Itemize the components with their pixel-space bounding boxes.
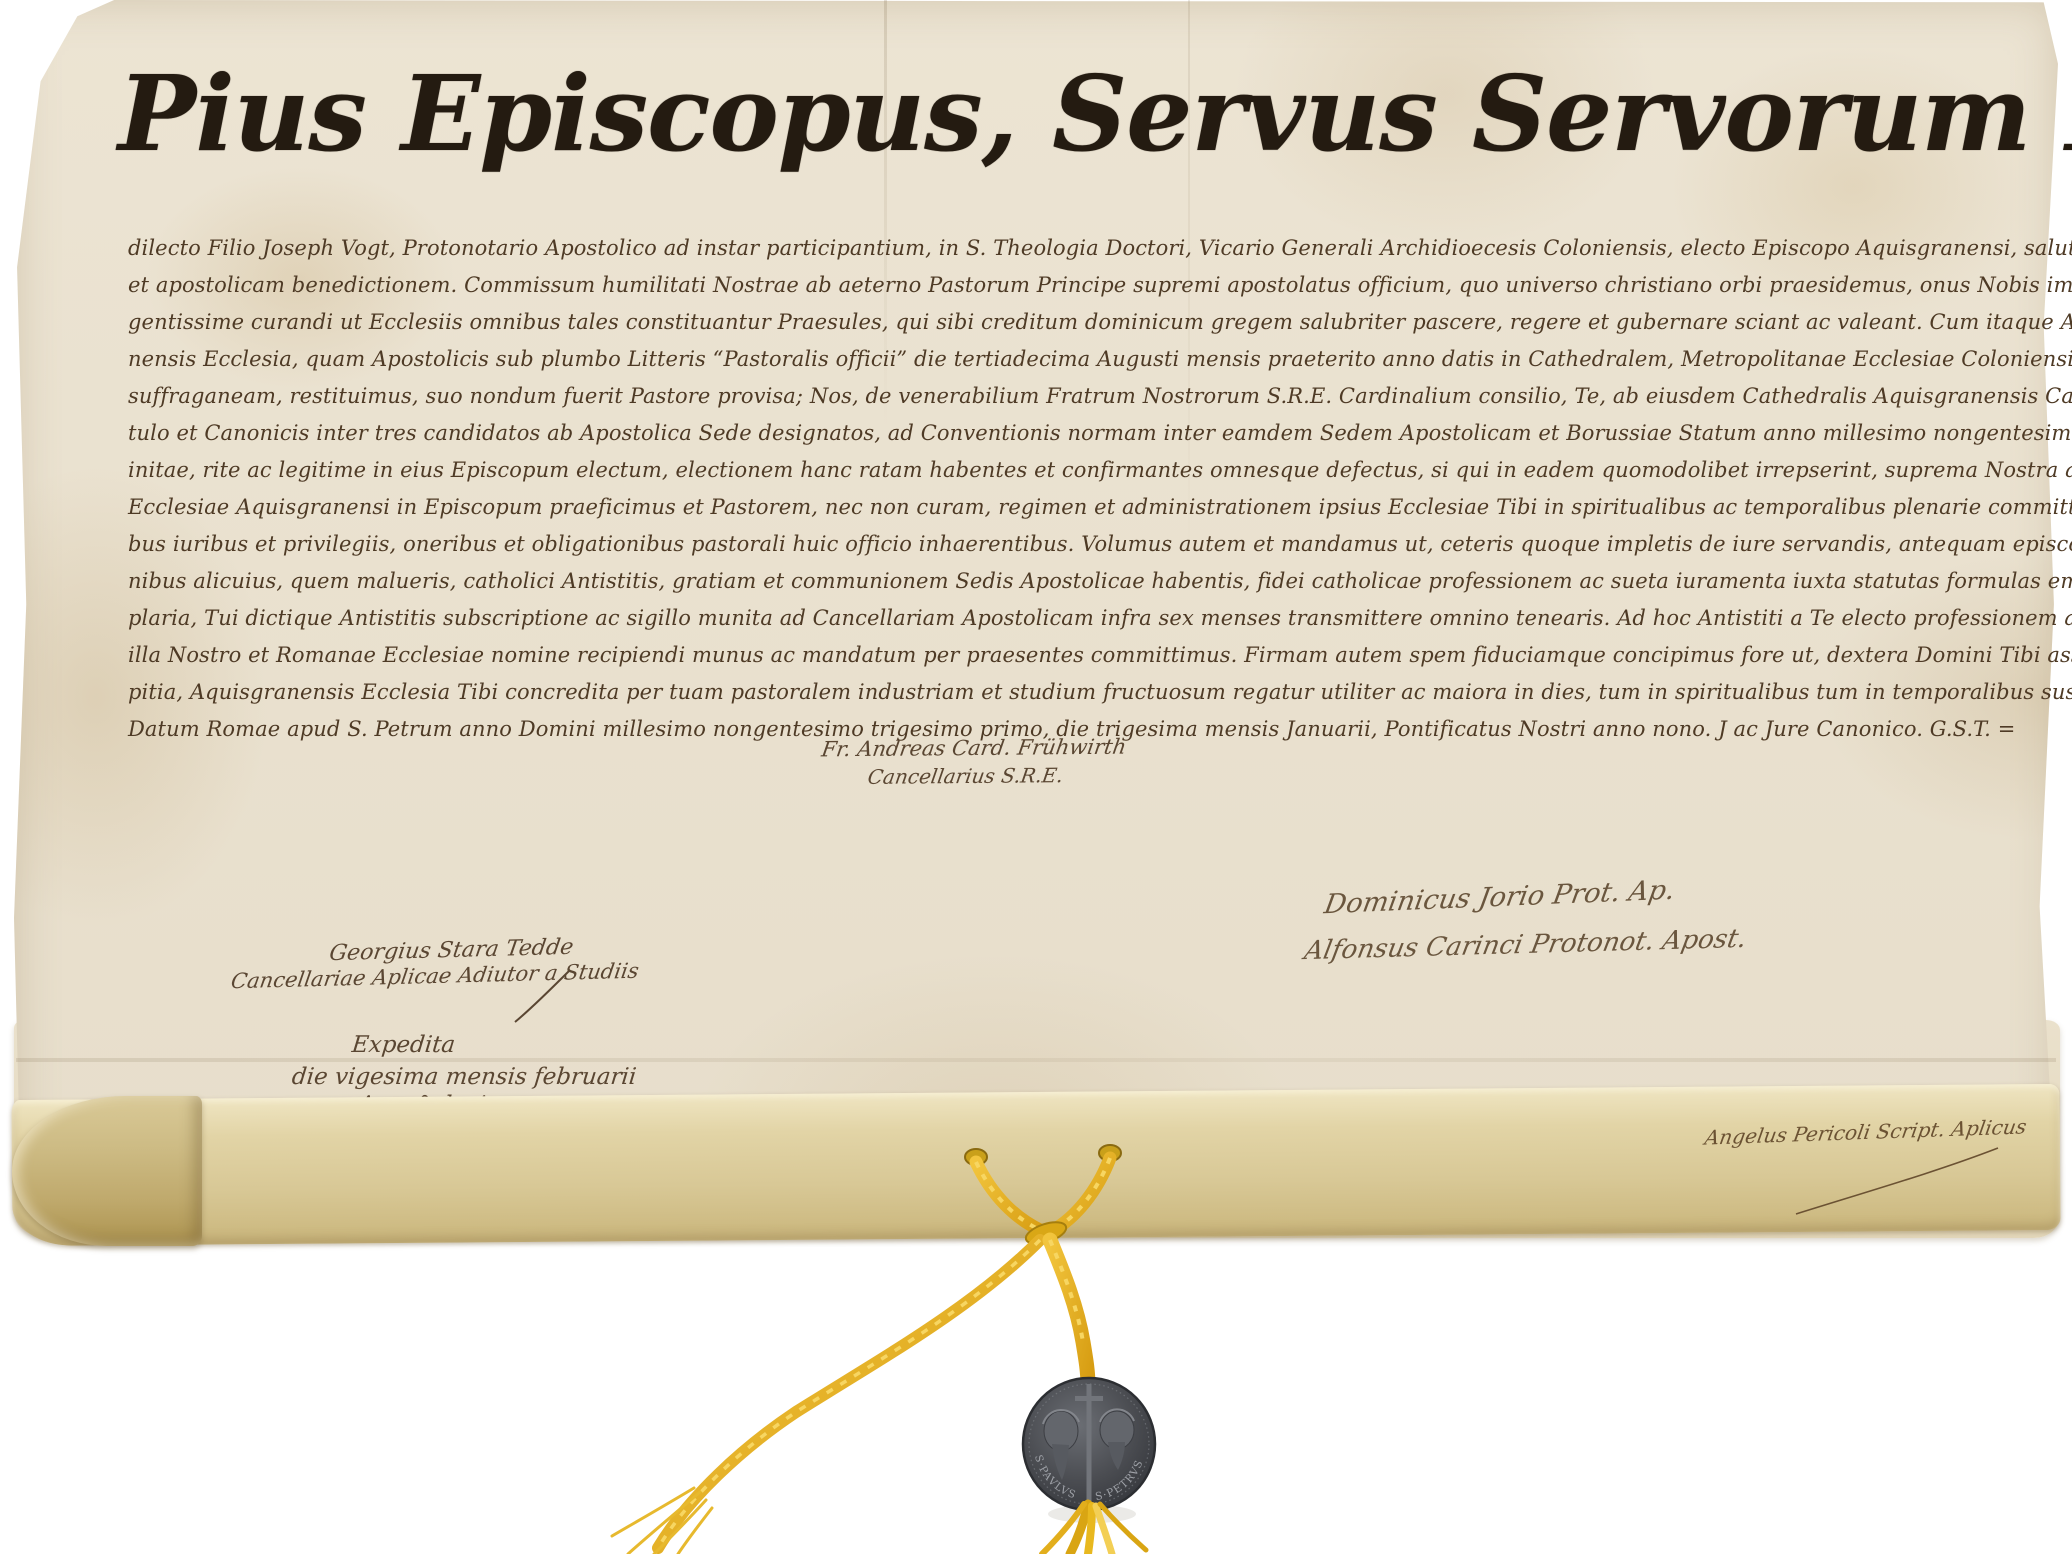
saint-paul-head-icon	[1043, 1410, 1079, 1480]
seal-label-petrus: S·PETRVS	[1094, 1458, 1146, 1503]
cord-frayed-end	[612, 1488, 712, 1554]
body-text-line: gentissime curandi ut Ecclesiis omnibus …	[128, 304, 1960, 341]
body-text-line: plaria, Tui dictique Antistitis subscrip…	[128, 600, 1960, 637]
body-text-line: bus iuribus et privilegiis, oneribus et …	[128, 526, 1960, 563]
cord-below-seal	[1042, 1504, 1146, 1554]
seal-cross-icon	[1075, 1384, 1103, 1502]
seal-shadow	[1048, 1505, 1136, 1523]
body-text-line: initae, rite ac legitime in eius Episcop…	[128, 452, 1960, 489]
lead-seal: S·PAVLVS S·PETRVS	[1023, 1378, 1155, 1510]
chancellor-signature-name: Fr. Andreas Card. Frühwirth	[820, 735, 1128, 762]
body-text-line: tulo et Canonicis inter tres candidatos …	[128, 415, 1960, 452]
body-text-line: suffraganeam, restituimus, suo nondum fu…	[128, 378, 1960, 415]
calligraphic-heading: Pius Episcopus, Servus Servorum Dei,	[118, 14, 1998, 214]
body-text-line: Ecclesiae Aquisgranensi in Episcopum pra…	[128, 489, 1960, 526]
body-text-line: dilecto Filio Joseph Vogt, Protonotario …	[128, 230, 1960, 267]
body-text-line: et apostolicam benedictionem. Commissum …	[128, 267, 1960, 304]
chancellor-signature-title: Cancellarius S.R.E.	[866, 763, 1065, 789]
expedita-note-line: Expedita	[351, 1032, 457, 1058]
body-text-line: pitia, Aquisgranensis Ecclesia Tibi conc…	[128, 674, 1960, 711]
expedita-note-line: die vigesima mensis februarii	[291, 1064, 638, 1090]
body-text-line: nibus alicuius, quem malueris, catholici…	[128, 563, 1960, 600]
saint-peter-head-icon	[1100, 1409, 1134, 1470]
plica-fold	[11, 1084, 2060, 1246]
svg-text:S·PAVLVS: S·PAVLVS	[1032, 1454, 1078, 1502]
document-photo: Pius Episcopus, Servus Servorum Dei, dil…	[0, 0, 2072, 1554]
seal-label-paulus: S·PAVLVS	[1032, 1454, 1078, 1502]
seal-bead-ring	[1029, 1384, 1149, 1504]
body-text-line: nensis Ecclesia, quam Apostolicis sub pl…	[128, 341, 1960, 378]
svg-text:S·PETRVS: S·PETRVS	[1094, 1458, 1146, 1503]
body-text-line: illa Nostro et Romanae Ecclesiae nomine …	[128, 637, 1960, 674]
bull-body-text: dilecto Filio Joseph Vogt, Protonotario …	[128, 230, 1960, 748]
